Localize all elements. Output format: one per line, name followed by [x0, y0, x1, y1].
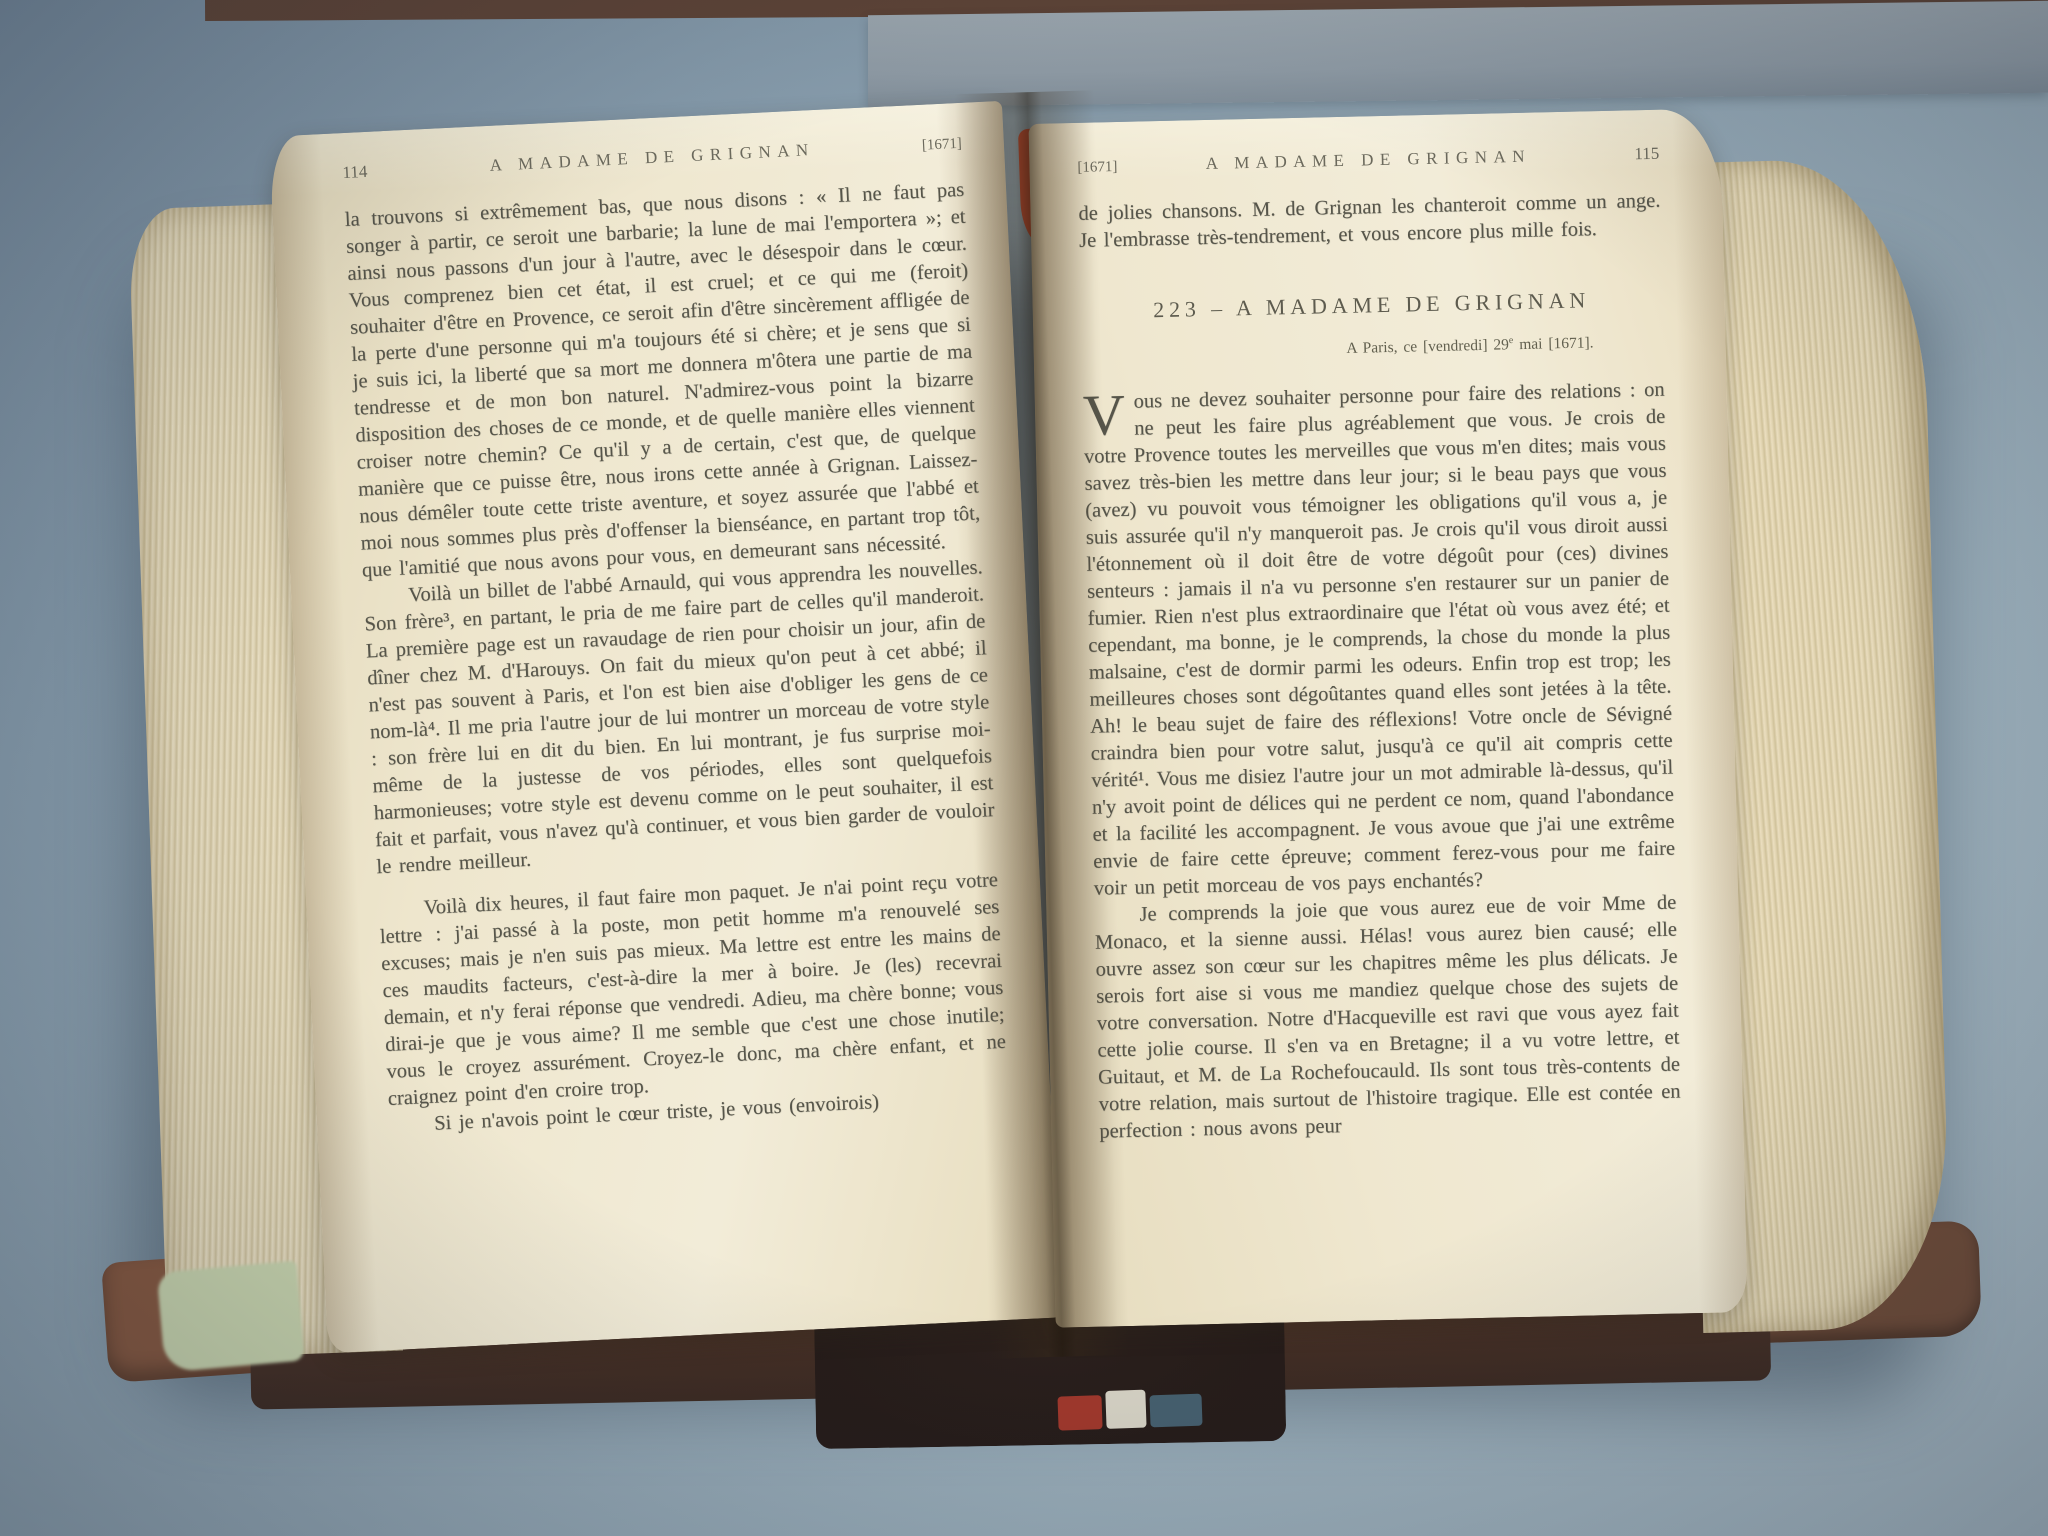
letter-paragraph: Vous ne devez souhaiter personne pour fa… [1082, 377, 1675, 903]
left-page-number: 114 [342, 160, 413, 183]
letter-closing-paragraph: de jolies chansons. M. de Grignan les ch… [1078, 188, 1661, 255]
paragraph-text: ous ne devez souhaiter personne pour fai… [1084, 379, 1676, 900]
letter-paragraph: Voilà dix heures, il faut faire mon paqu… [378, 867, 1008, 1113]
right-running-title: A MADAME DE GRIGNAN [1147, 145, 1589, 175]
bookmark [1057, 1385, 1209, 1436]
letter-paragraph: Voilà un billet de l'abbé Arnauld, qui v… [363, 554, 997, 881]
left-running-title: A MADAME DE GRIGNAN [412, 136, 892, 179]
letter-paragraph: Je comprends la joie que vous aurez eue … [1094, 890, 1681, 1146]
left-page: 114 A MADAME DE GRIGNAN [1671] la trouvo… [269, 101, 1062, 1353]
bookmark-blue-segment [1149, 1394, 1202, 1428]
right-page-number: 115 [1589, 144, 1659, 166]
letter-heading: 223 – A MADAME DE GRIGNAN [1080, 286, 1662, 325]
dateline-text-end: mai [1671]. [1513, 334, 1594, 353]
right-page: [1671] A MADAME DE GRIGNAN 115 de jolies… [1028, 108, 1747, 1327]
photo-scene: 114 A MADAME DE GRIGNAN [1671] la trouvo… [0, 0, 2048, 1536]
left-running-head: 114 A MADAME DE GRIGNAN [1671] [342, 133, 962, 183]
right-running-head: [1671] A MADAME DE GRIGNAN 115 [1077, 144, 1659, 177]
left-page-content: 114 A MADAME DE GRIGNAN [1671] la trouvo… [269, 101, 1062, 1353]
right-year-marker: [1671] [1077, 158, 1147, 177]
left-year-marker: [1671] [892, 136, 963, 156]
background-object [868, 1, 2048, 107]
endpaper-green [157, 1261, 305, 1373]
letter-dateline: A Paris, ce [vendredi] 29e mai [1671]. [1081, 332, 1663, 364]
letter-paragraph: la trouvons si extrêmement bas, que nous… [344, 177, 982, 585]
bookmark-white-segment [1105, 1390, 1146, 1429]
right-page-content: [1671] A MADAME DE GRIGNAN 115 de jolies… [1028, 108, 1747, 1327]
dateline-text: A Paris, ce [vendredi] 29 [1346, 336, 1509, 357]
drop-cap: V [1082, 389, 1134, 439]
bookmark-red-segment [1057, 1395, 1102, 1431]
